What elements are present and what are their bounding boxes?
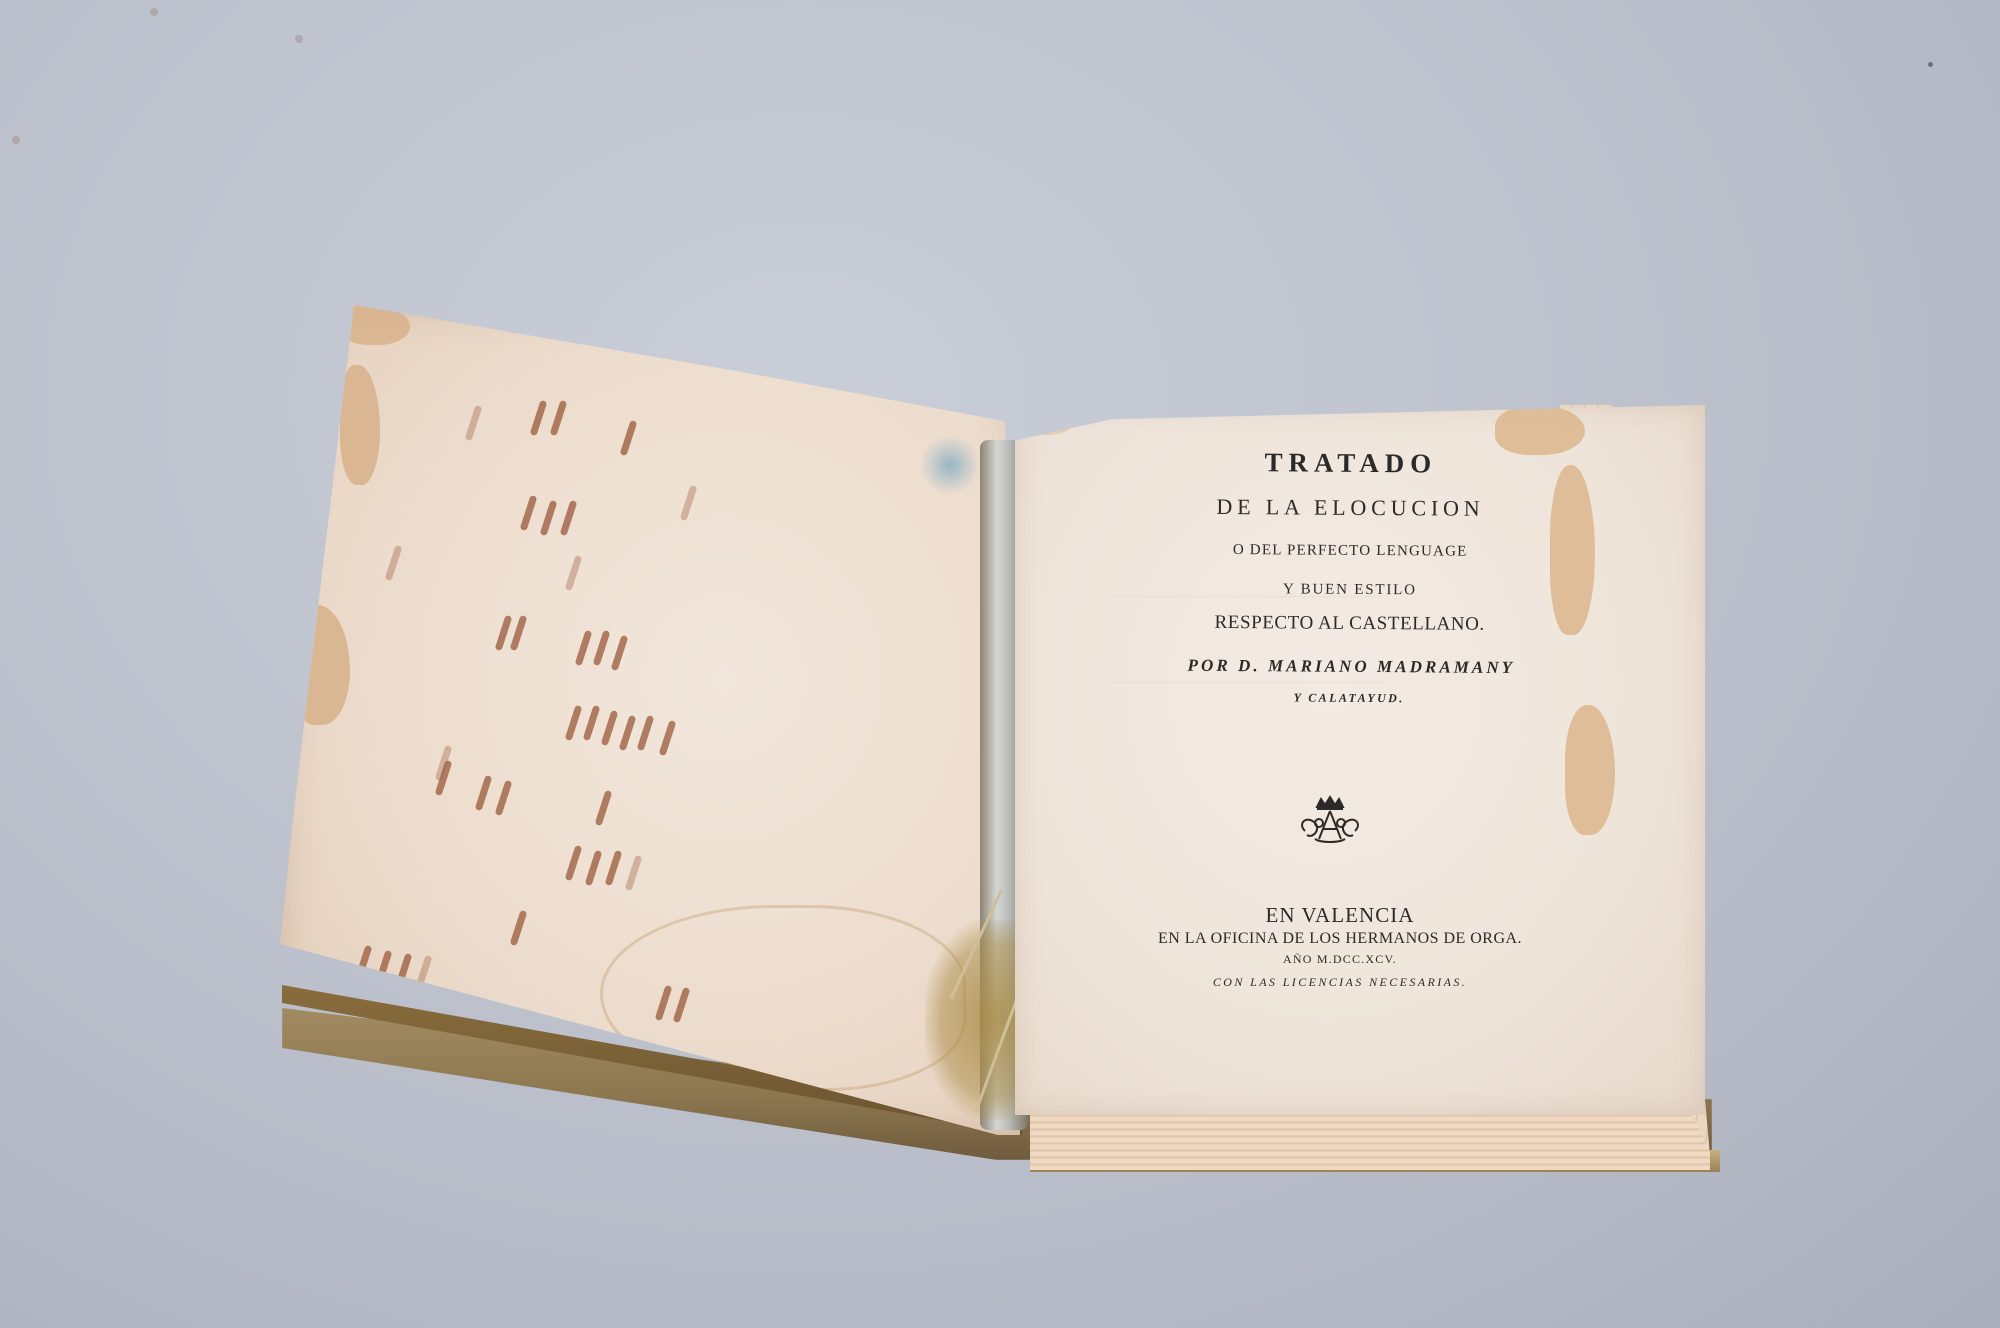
offset-ink-mark <box>565 555 583 591</box>
title-page-heading-block: TRATADO DE LA ELOCUCION O DEL PERFECTO L… <box>1039 446 1701 709</box>
book-subtitle-line-2: O DEL PERFECTO LENGUAGE <box>1000 540 1700 562</box>
offset-ink-mark <box>620 420 638 456</box>
offset-ink-mark <box>395 953 413 989</box>
foxing-stain <box>290 605 350 725</box>
open-book: ~~~~~~~~~~~~~~~~~~~~~~~~~~~~~~~~~~~~ ~~~… <box>0 0 2000 1328</box>
offset-ink-mark <box>495 780 513 816</box>
offset-ink-mark <box>510 910 528 946</box>
offset-ink-mark <box>510 615 528 651</box>
offset-ink-mark <box>475 775 493 811</box>
offset-ink-mark <box>560 500 578 536</box>
foxing-stain <box>340 305 410 345</box>
offset-ink-mark <box>583 705 601 741</box>
page-stack-bottom-edge <box>1030 1110 1710 1170</box>
offset-ink-mark <box>611 635 629 671</box>
imprint-license: CON LAS LICENCIAS NECESARIAS. <box>1100 975 1580 990</box>
offset-ink-mark <box>415 955 433 991</box>
offset-ink-mark <box>605 850 623 886</box>
imprint-city: EN VALENCIA <box>1100 903 1580 928</box>
imprint-year: AÑO M.DCC.XCV. <box>1100 952 1580 967</box>
foxing-stain <box>1565 705 1615 835</box>
offset-ink-mark <box>375 950 393 986</box>
author-line: POR D. MARIANO MADRAMANY <box>1003 654 1699 679</box>
offset-ink-mark <box>680 485 698 521</box>
offset-ink-mark <box>637 715 655 751</box>
offset-ink-mark <box>520 495 538 531</box>
offset-ink-mark <box>593 630 611 666</box>
imprint-printer: EN LA OFICINA DE LOS HERMANOS DE ORGA. <box>1100 930 1580 948</box>
offset-ink-mark <box>585 850 603 886</box>
offset-ink-mark <box>565 845 583 881</box>
ink-blot-blue <box>920 435 980 495</box>
offset-ink-mark <box>601 710 619 746</box>
foxing-stain <box>1015 405 1075 435</box>
offset-ink-mark <box>550 400 568 436</box>
book-subtitle-line-1: DE LA ELOCUCION <box>1000 492 1700 523</box>
foxing-stain <box>1495 405 1585 455</box>
offset-ink-mark <box>565 705 583 741</box>
crowned-monogram-icon <box>1295 795 1365 845</box>
offset-ink-mark <box>659 720 677 756</box>
imprint-block: EN VALENCIA EN LA OFICINA DE LOS HERMANO… <box>1100 903 1580 990</box>
offset-ink-mark <box>465 405 483 441</box>
book-subtitle-line-3: Y BUEN ESTILO <box>1000 579 1700 601</box>
offset-ink-mark <box>385 545 403 581</box>
book-subtitle-line-4: RESPECTO AL CASTELLANO. <box>1000 610 1700 637</box>
book-title: TRATADO <box>1001 445 1701 481</box>
offset-ink-mark <box>619 715 637 751</box>
offset-ink-mark <box>530 400 548 436</box>
offset-ink-mark <box>540 500 558 536</box>
offset-ink-mark <box>575 630 593 666</box>
offset-ink-mark <box>595 790 613 826</box>
foxing-stain <box>340 365 380 485</box>
offset-ink-mark <box>355 945 373 981</box>
offset-ink-mark <box>625 855 643 891</box>
